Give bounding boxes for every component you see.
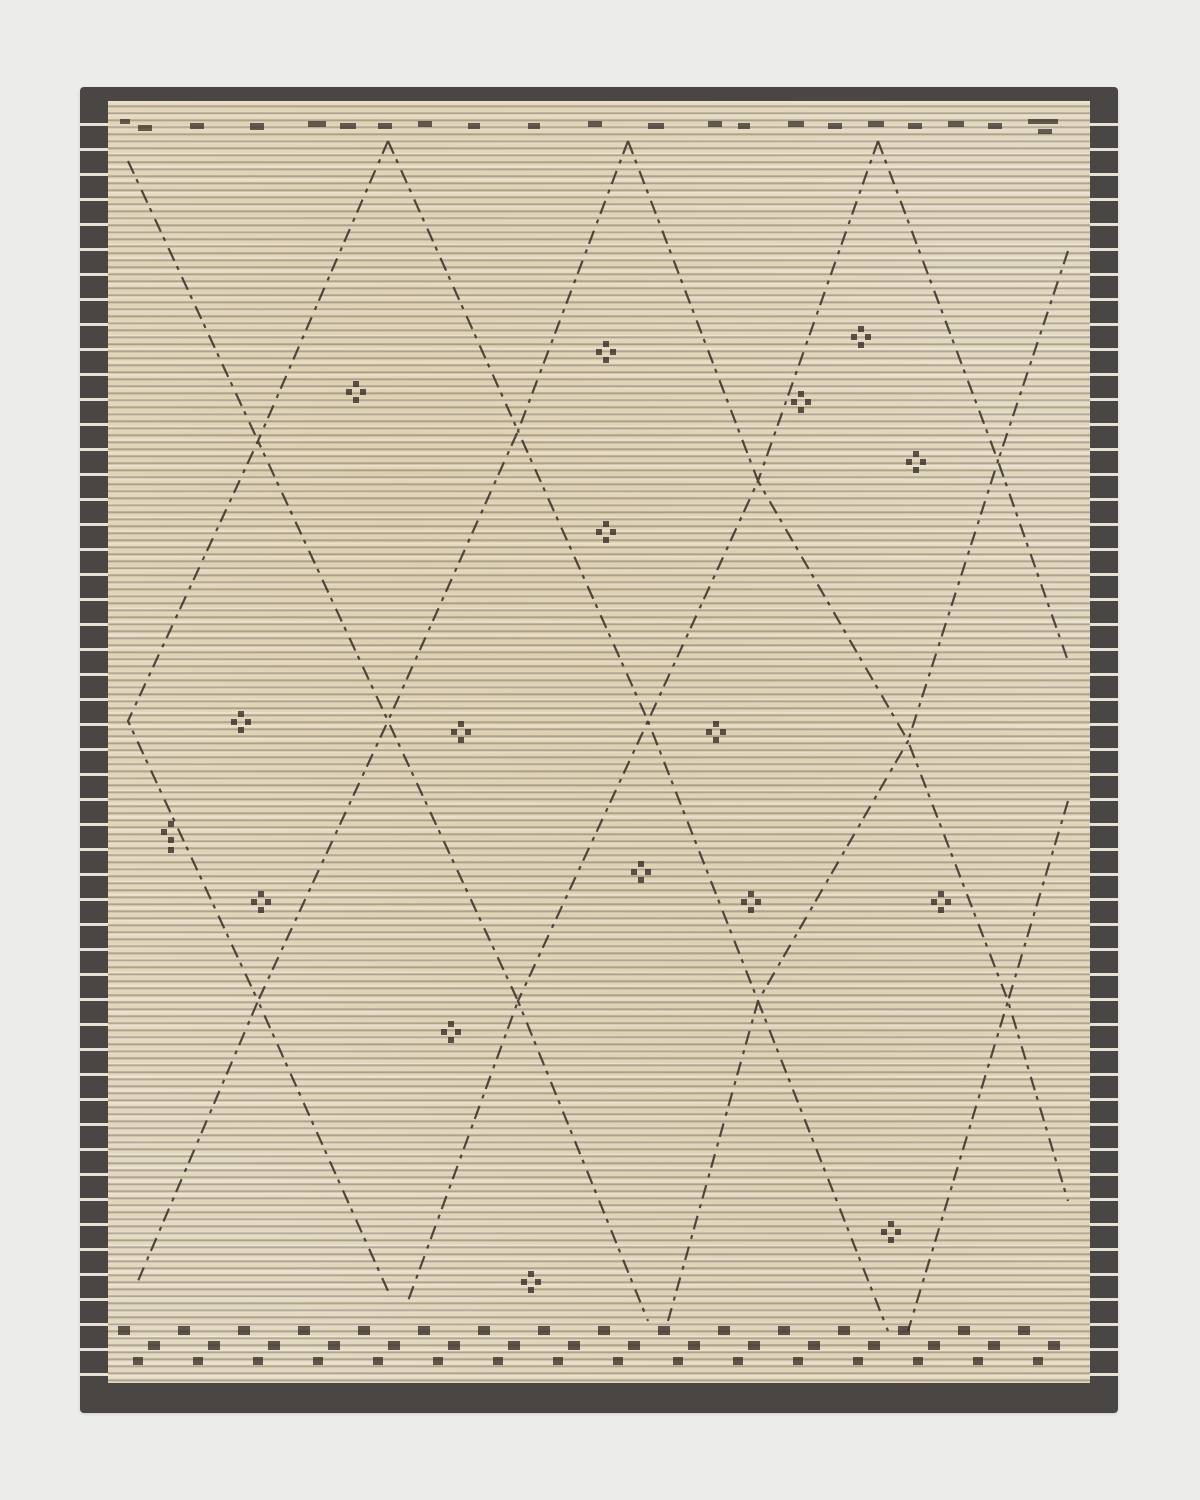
rug — [80, 87, 1118, 1413]
bottom-checker-band — [118, 1326, 1060, 1365]
rug-right-edge — [1090, 101, 1118, 1383]
rug-field — [108, 101, 1090, 1383]
rug-left-edge — [80, 101, 108, 1383]
top-motif-row — [120, 119, 1058, 134]
diamond-lattice-pattern — [108, 101, 1090, 1383]
